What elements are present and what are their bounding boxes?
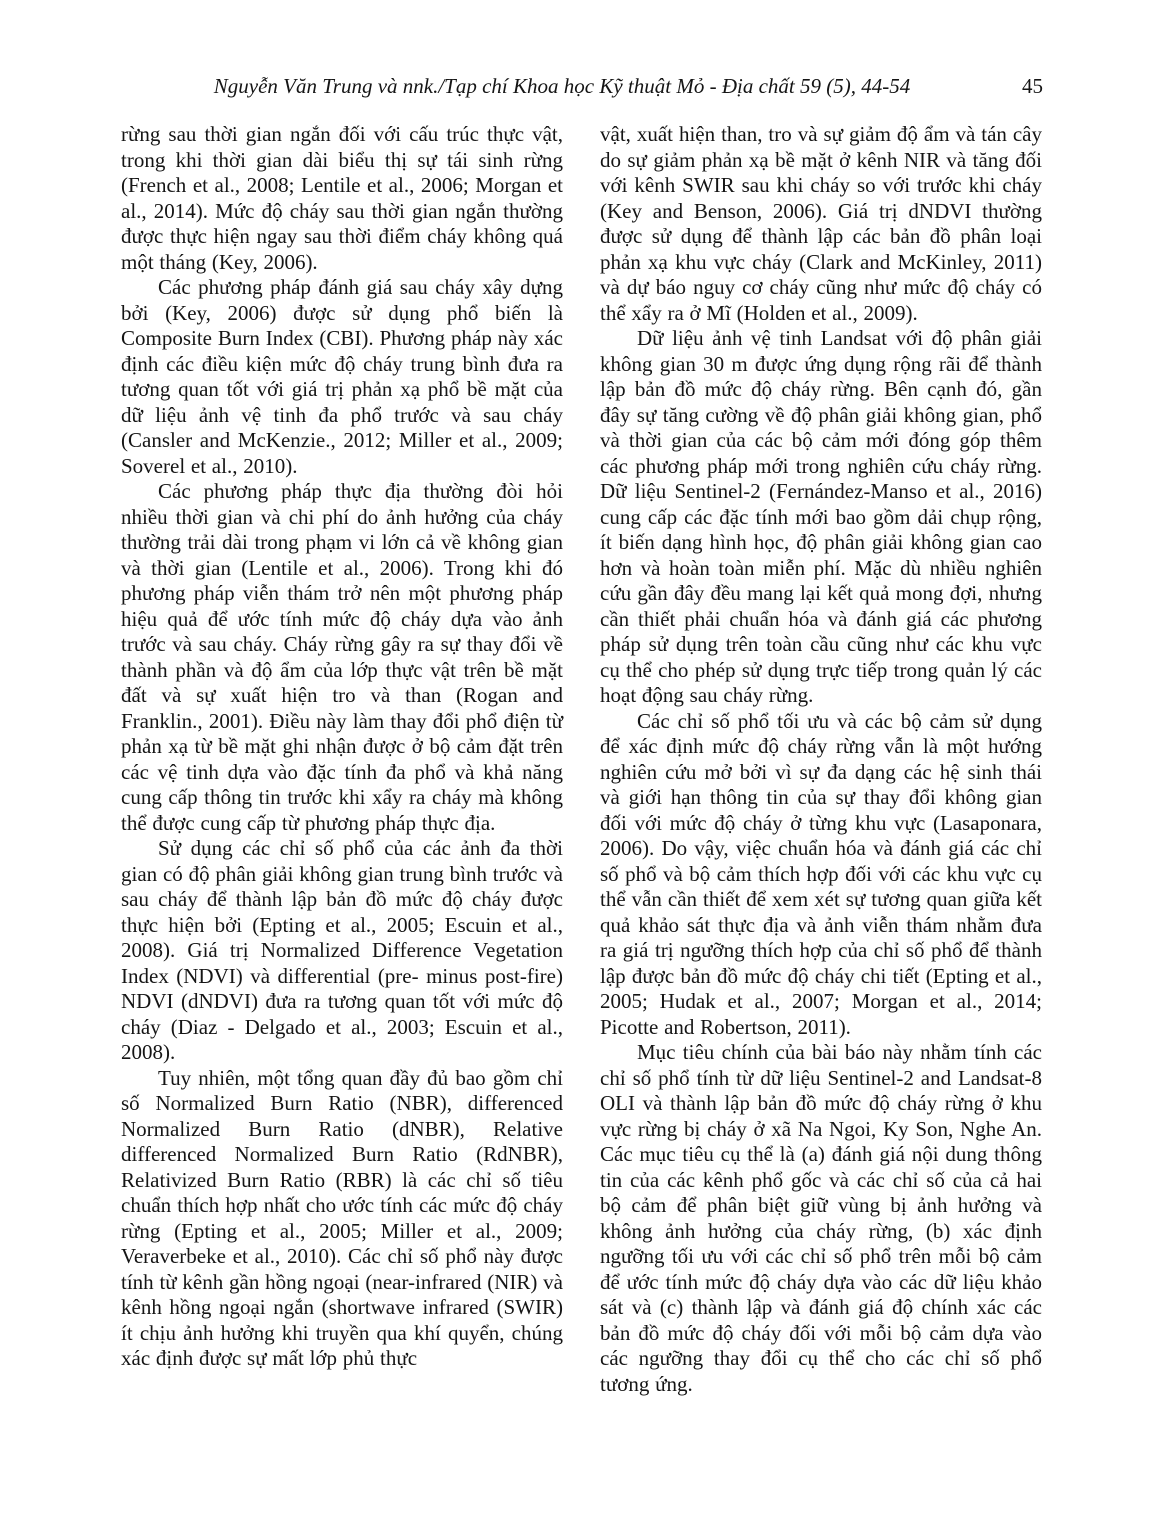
paragraph: vật, xuất hiện than, tro và sự giảm độ ẩ… [600, 122, 1042, 326]
paragraph: rừng sau thời gian ngắn đối với cấu trúc… [121, 122, 563, 275]
paragraph: Các phương pháp đánh giá sau cháy xây dự… [121, 275, 563, 479]
page-number: 45 [1022, 72, 1043, 100]
paragraph: Các phương pháp thực địa thường đòi hỏi … [121, 479, 563, 836]
paragraph: Dữ liệu ảnh vệ tinh Landsat với độ phân … [600, 326, 1042, 709]
paragraph: Các chỉ số phổ tối ưu và các bộ cảm sử d… [600, 709, 1042, 1041]
running-header: Nguyễn Văn Trung và nnk./Tạp chí Khoa họ… [121, 72, 1043, 102]
journal-page: Nguyễn Văn Trung và nnk./Tạp chí Khoa họ… [0, 0, 1157, 1521]
right-column: vật, xuất hiện than, tro và sự giảm độ ẩ… [600, 122, 1042, 1397]
two-column-body: rừng sau thời gian ngắn đối với cấu trúc… [121, 122, 1043, 1397]
running-title: Nguyễn Văn Trung và nnk./Tạp chí Khoa họ… [121, 72, 1043, 100]
paragraph: Mục tiêu chính của bài báo này nhằm tính… [600, 1040, 1042, 1397]
paragraph: Tuy nhiên, một tổng quan đầy đủ bao gồm … [121, 1066, 563, 1372]
paragraph: Sử dụng các chỉ số phổ của các ảnh đa th… [121, 836, 563, 1066]
left-column: rừng sau thời gian ngắn đối với cấu trúc… [121, 122, 563, 1397]
